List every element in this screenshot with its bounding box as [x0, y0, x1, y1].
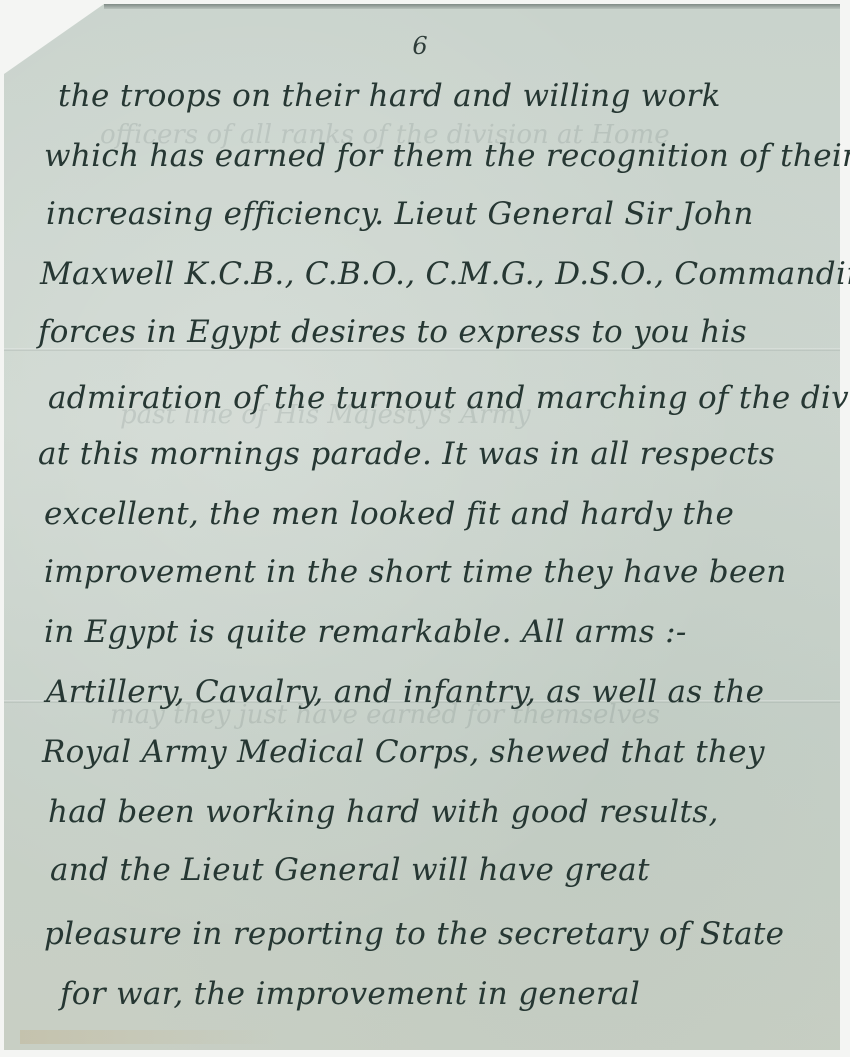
text-line: had been working hard with good results,	[48, 794, 719, 830]
text-line: Royal Army Medical Corps, shewed that th…	[42, 734, 765, 770]
paper-stain	[20, 1030, 280, 1044]
text-line: admiration of the turnout and marching o…	[48, 380, 850, 416]
text-line: increasing efficiency. Lieut General Sir…	[46, 196, 754, 232]
page-number: 6	[405, 32, 435, 60]
text-line: at this mornings parade. It was in all r…	[38, 436, 775, 472]
text-line: Maxwell K.C.B., C.B.O., C.M.G., D.S.O., …	[40, 256, 850, 292]
text-line: in Egypt is quite remarkable. All arms :…	[44, 614, 687, 650]
page-top-edge	[104, 4, 840, 9]
text-line: pleasure in reporting to the secretary o…	[44, 916, 784, 952]
text-line: Artillery, Cavalry, and infantry, as wel…	[46, 674, 764, 710]
text-line: the troops on their hard and willing wor…	[58, 78, 721, 114]
text-line: and the Lieut General will have great	[50, 852, 650, 888]
text-line: improvement in the short time they have …	[44, 554, 787, 590]
text-line: for war, the improvement in general	[60, 976, 640, 1012]
text-line: which has earned for them the recognitio…	[44, 138, 850, 174]
text-line: forces in Egypt desires to express to yo…	[38, 314, 747, 350]
text-line: excellent, the men looked fit and hardy …	[44, 496, 734, 532]
